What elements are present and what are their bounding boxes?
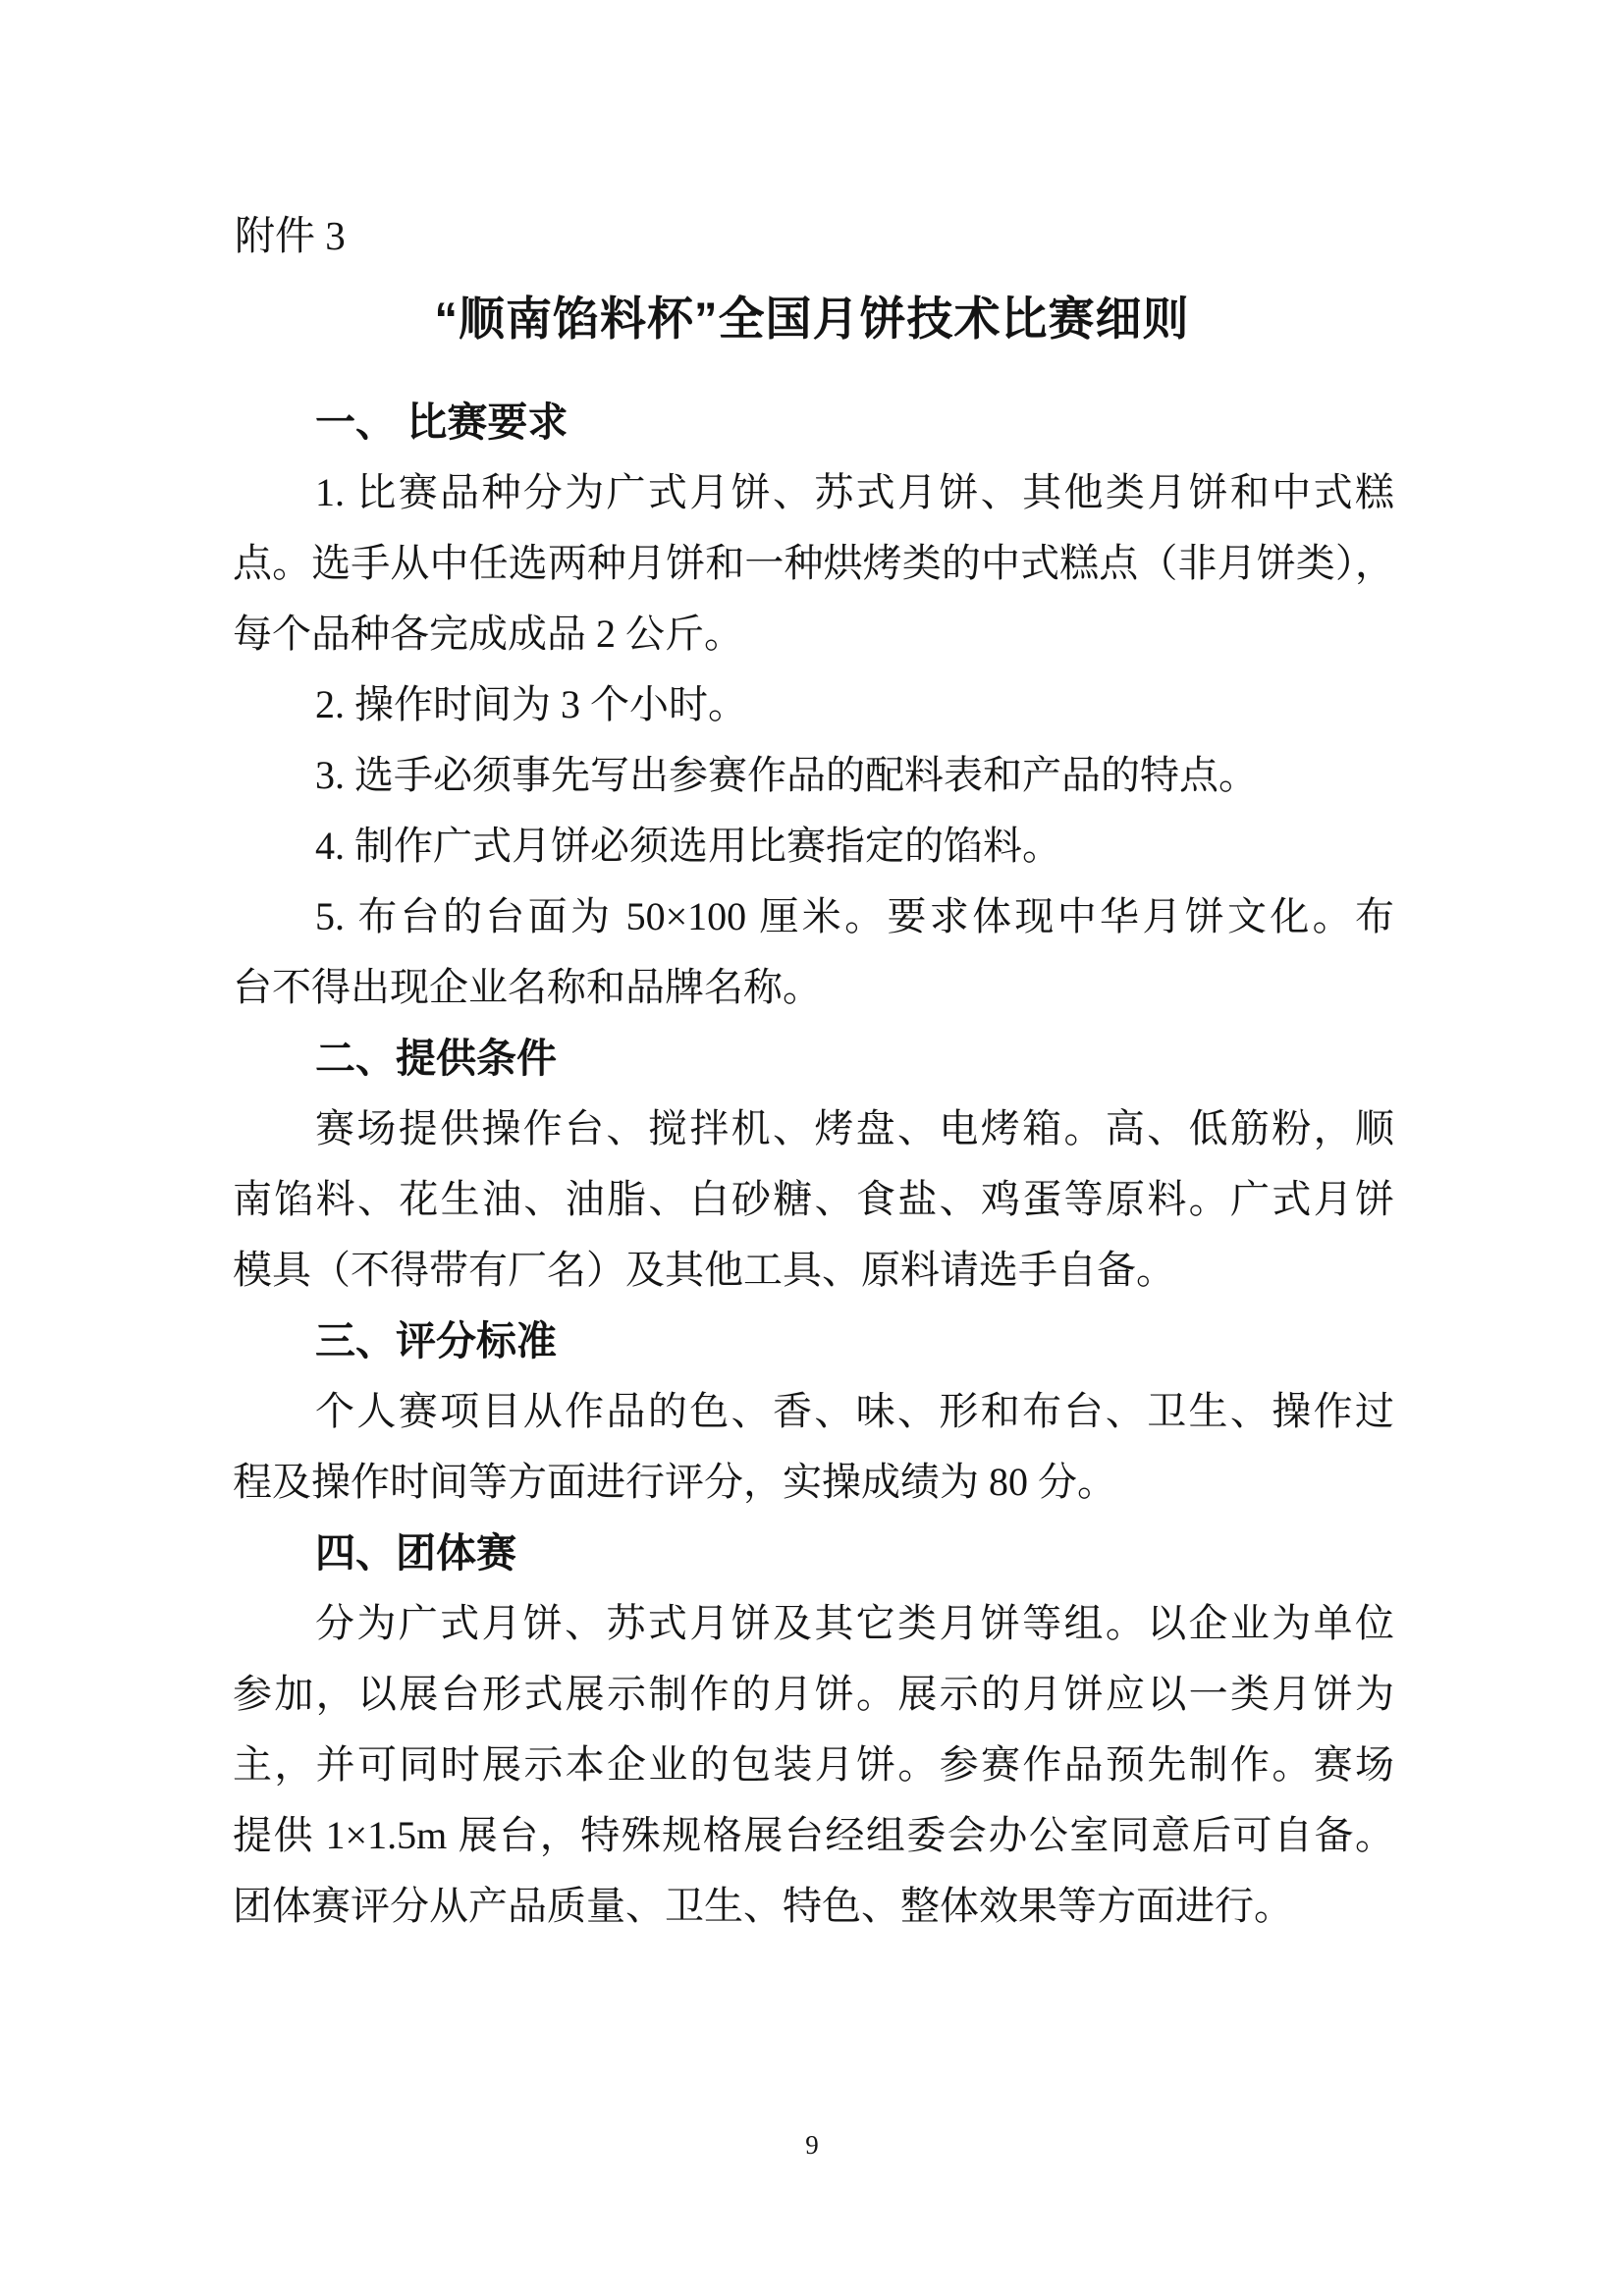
document-line: 3. 选手必须事先写出参赛作品的配料表和产品的特点。 (233, 740, 1394, 811)
document-line: 参加，以展台形式展示制作的月饼。展示的月饼应以一类月饼为 (233, 1659, 1394, 1730)
document-line: 模具（不得带有厂名）及其他工具、原料请选手自备。 (233, 1235, 1394, 1306)
attachment-label: 附件 3 (235, 212, 346, 260)
section-heading: 四、团体赛 (233, 1518, 1394, 1588)
document-page: 附件 3 “顺南馅料杯”全国月饼技术比赛细则 一、 比赛要求1. 比赛品种分为广… (0, 0, 1624, 2296)
document-line: 提供 1×1.5m 展台，特殊规格展台经组委会办公室同意后可自备。 (233, 1800, 1394, 1871)
document-line: 分为广式月饼、苏式月饼及其它类月饼等组。以企业为单位 (233, 1588, 1394, 1659)
section-heading: 一、 比赛要求 (233, 387, 1394, 457)
section-heading: 二、提供条件 (233, 1023, 1394, 1094)
page-number: 9 (0, 2130, 1624, 2161)
document-line: 赛场提供操作台、搅拌机、烤盘、电烤箱。高、低筋粉，顺 (233, 1094, 1394, 1164)
document-line: 5. 布台的台面为 50×100 厘米。要求体现中华月饼文化。布 (233, 881, 1394, 952)
document-line: 团体赛评分从产品质量、卫生、特色、整体效果等方面进行。 (233, 1871, 1394, 1942)
document-line: 2. 操作时间为 3 个小时。 (233, 669, 1394, 740)
document-line: 台不得出现企业名称和品牌名称。 (233, 952, 1394, 1023)
document-line: 1. 比赛品种分为广式月饼、苏式月饼、其他类月饼和中式糕 (233, 457, 1394, 528)
document-line: 4. 制作广式月饼必须选用比赛指定的馅料。 (233, 811, 1394, 881)
document-line: 南馅料、花生油、油脂、白砂糖、食盐、鸡蛋等原料。广式月饼 (233, 1164, 1394, 1235)
document-line: 主，并可同时展示本企业的包装月饼。参赛作品预先制作。赛场 (233, 1730, 1394, 1800)
document-line: 每个品种各完成成品 2 公斤。 (233, 599, 1394, 669)
document-line: 程及操作时间等方面进行评分，实操成绩为 80 分。 (233, 1447, 1394, 1518)
document-title: “顺南馅料杯”全国月饼技术比赛细则 (0, 283, 1624, 348)
document-line: 点。选手从中任选两种月饼和一种烘烤类的中式糕点（非月饼类）， (233, 528, 1394, 599)
document-line: 个人赛项目从作品的色、香、味、形和布台、卫生、操作过 (233, 1376, 1394, 1447)
section-heading: 三、评分标准 (233, 1306, 1394, 1376)
document-body: 一、 比赛要求1. 比赛品种分为广式月饼、苏式月饼、其他类月饼和中式糕点。选手从… (233, 387, 1394, 1942)
